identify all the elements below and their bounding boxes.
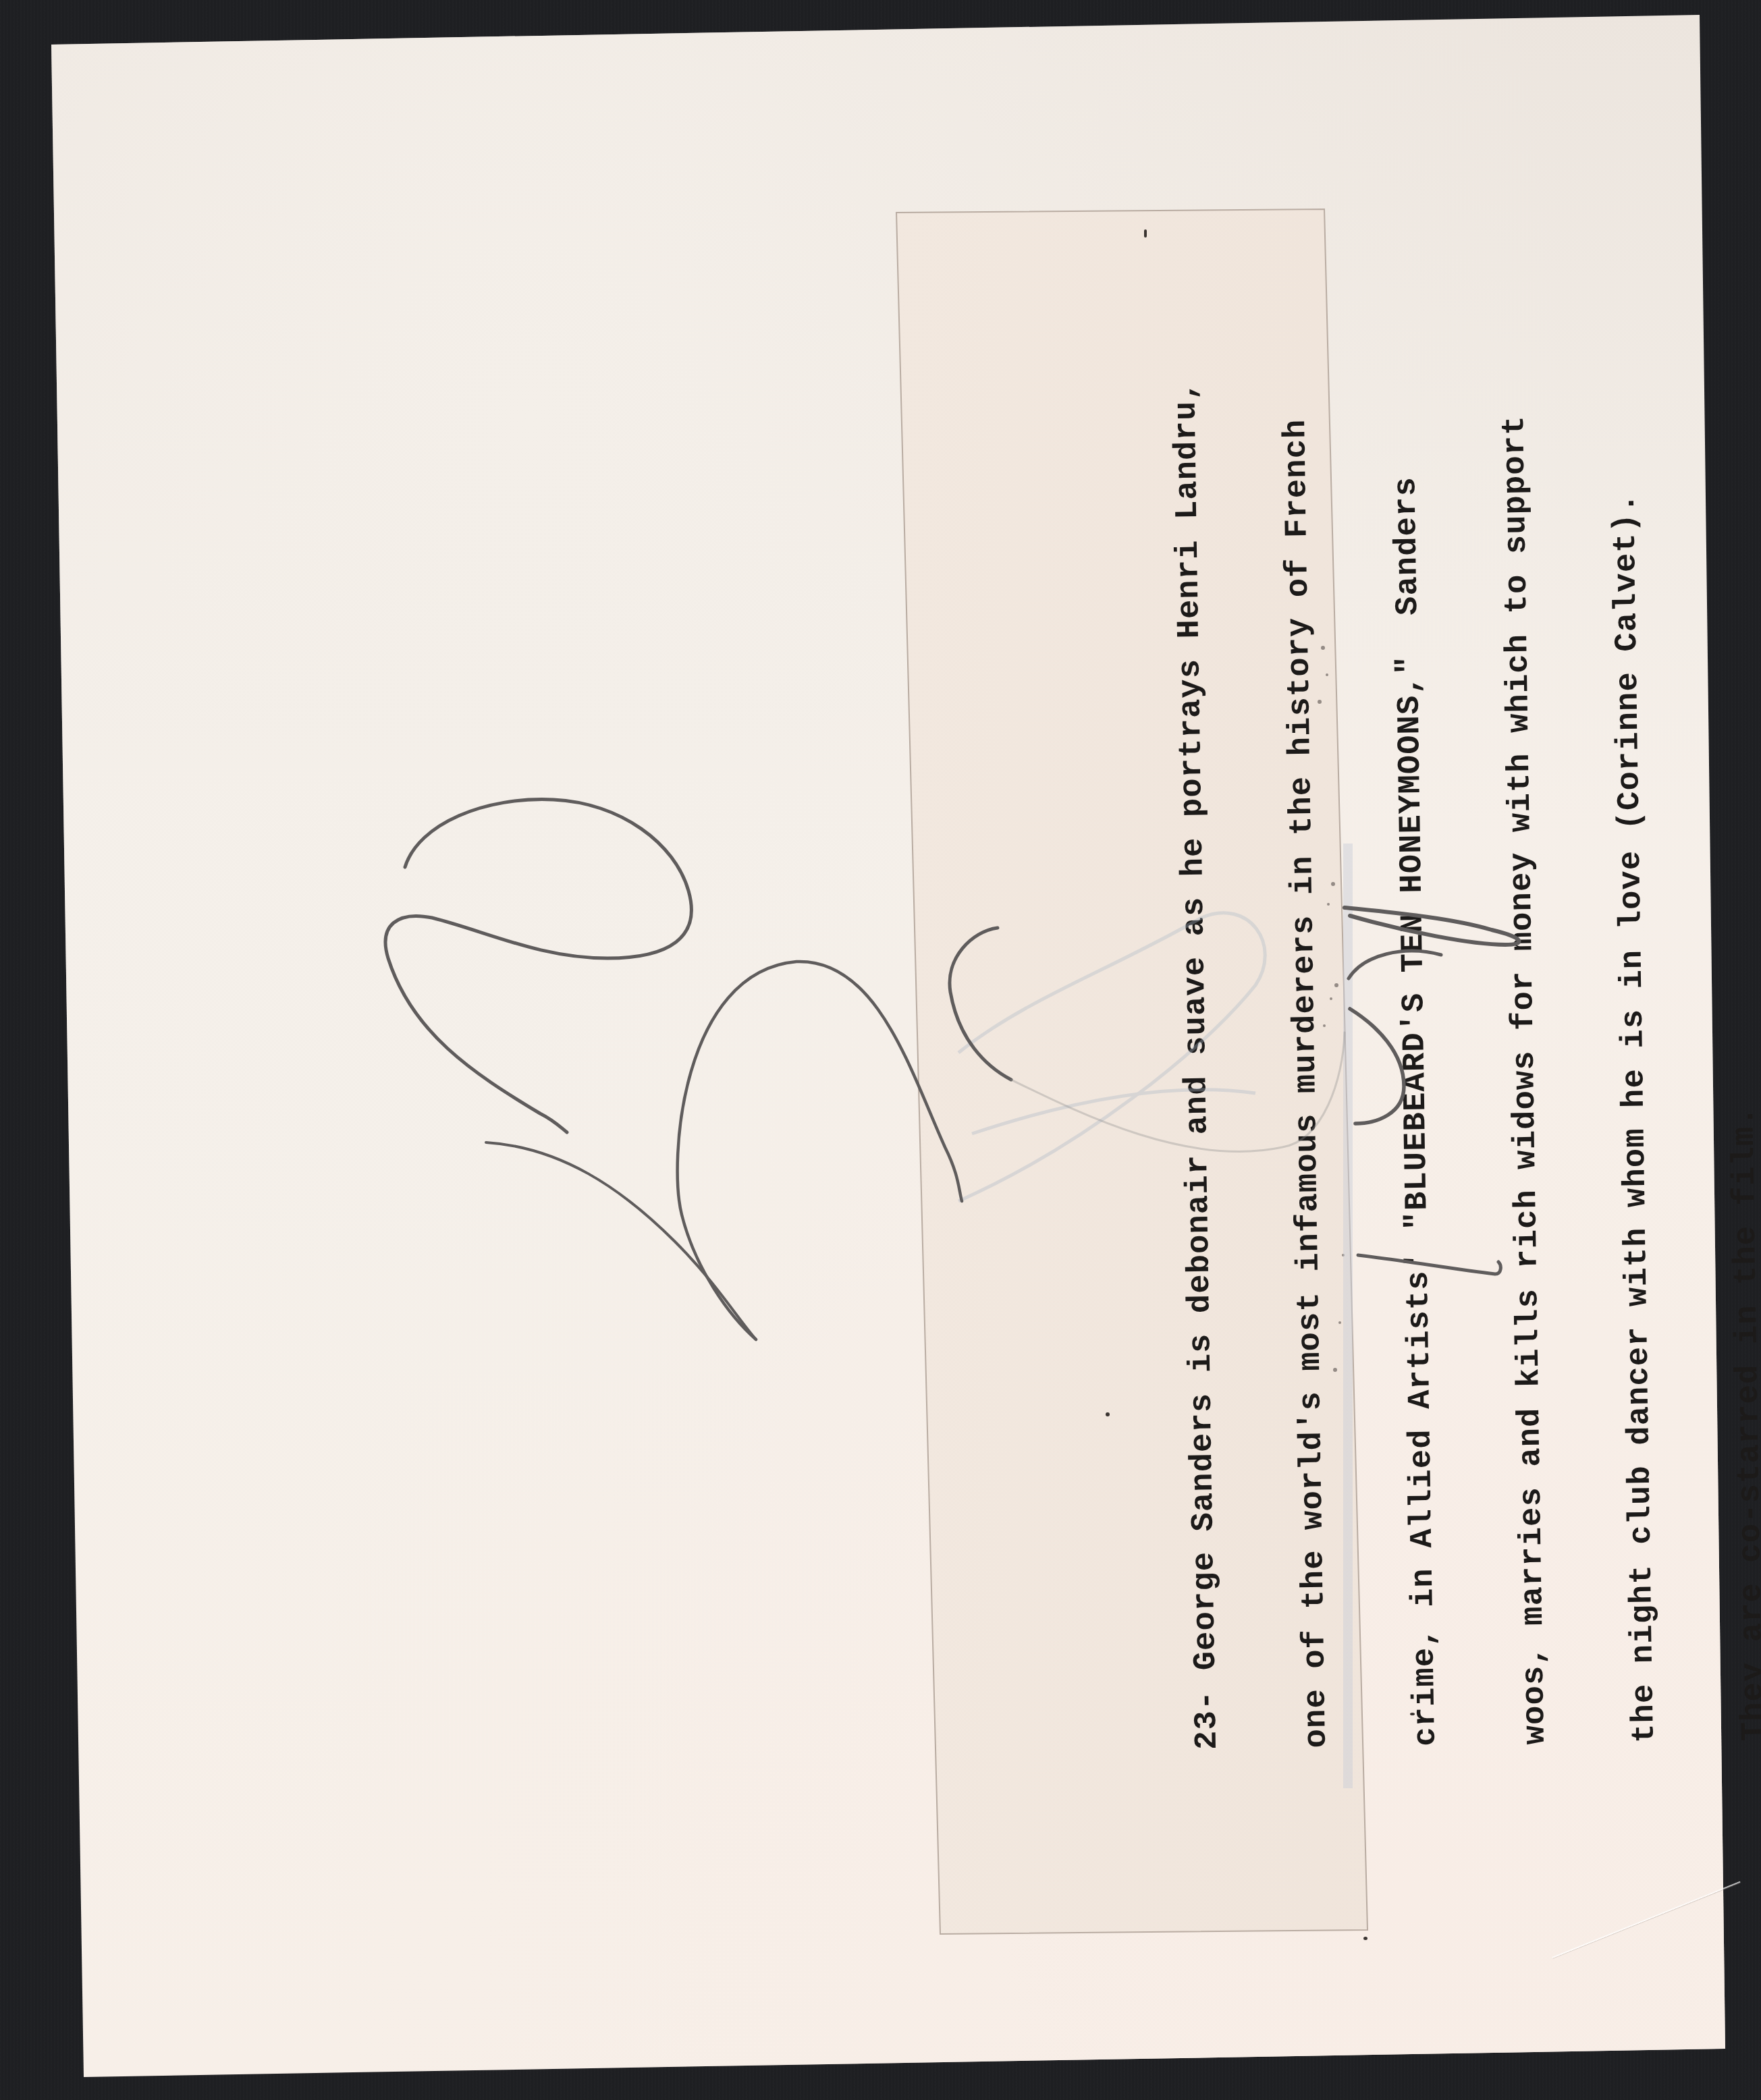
caption-line-6: They are co-starred in the film. [1715,372,1761,1742]
caption-line-5: the night club dancer with whom he is in… [1606,374,1664,1744]
caption-line-4: woos, marries and kills rich widows for … [1496,375,1554,1745]
ink-speck [1410,1713,1415,1715]
ink-speck [1106,1412,1110,1416]
caption-line-1: 23- George Sanders is debonair and suave… [1168,381,1226,1750]
caption-line-3: crime, in Allied Artists' "BLUEBEARD'S T… [1387,377,1445,1747]
ink-speck [1144,229,1147,238]
caption-text: 23- George Sanders is debonair and suave… [1095,371,1761,1751]
ink-speck [1363,1937,1367,1940]
caption-line-2: one of the world's most infamous murdere… [1278,379,1336,1748]
